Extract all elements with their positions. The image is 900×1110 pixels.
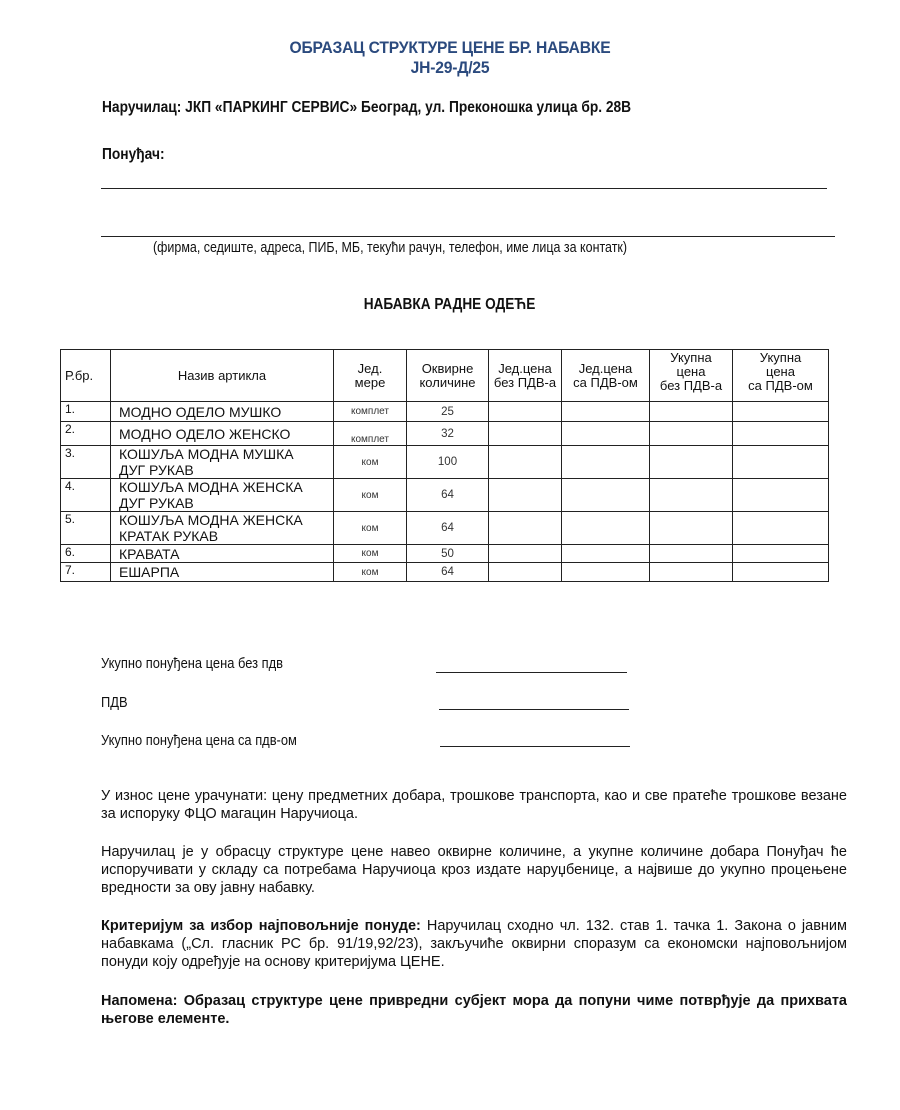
paragraph-price-includes: У износ цене урачунати: цену предметних …: [101, 787, 847, 823]
total-net-cell[interactable]: [650, 479, 733, 512]
header-total-net: Укупна цена без ПДВ-а: [650, 350, 733, 402]
paragraph-award-criterion: Критеријум за избор најповољније понуде:…: [101, 917, 847, 971]
item-name: КОШУЉА МОДНА ЖЕНСКАКРАТАК РУКАВ: [111, 512, 334, 545]
item-quantity: 32: [407, 422, 489, 446]
header-no: Р.бр.: [61, 350, 111, 402]
summary-vat-label: ПДВ: [101, 694, 132, 711]
table-row: 2.МОДНО ОДЕЛО ЖЕНСКОкомплет32: [61, 422, 829, 446]
item-quantity: 50: [407, 545, 489, 563]
total-net-cell[interactable]: [650, 446, 733, 479]
row-number: 6.: [61, 545, 111, 563]
bidder-line-1[interactable]: [101, 188, 827, 189]
unit-price-net-cell[interactable]: [489, 512, 562, 545]
summary-total-net-label: Укупно понуђена цена без пдв: [101, 655, 313, 672]
unit-price-gross-cell[interactable]: [562, 446, 650, 479]
table-header-row: Р.бр. Назив артикла Јед. мере Оквирне ко…: [61, 350, 829, 402]
item-name: КОШУЉА МОДНА МУШКАДУГ РУКАВ: [111, 446, 334, 479]
unit-price-gross-cell[interactable]: [562, 512, 650, 545]
award-criterion-heading: Критеријум за избор најповољније понуде:: [101, 918, 421, 934]
row-number: 3.: [61, 446, 111, 479]
item-quantity: 64: [407, 479, 489, 512]
header-total-gross: Укупна цена са ПДВ-ом: [733, 350, 829, 402]
row-number: 1.: [61, 402, 111, 422]
row-number: 7.: [61, 563, 111, 582]
client-info: Наручилац: ЈКП «ПАРКИНГ СЕРВИС» Београд,…: [102, 99, 717, 117]
total-net-cell[interactable]: [650, 422, 733, 446]
total-net-cell[interactable]: [650, 402, 733, 422]
table-row: 3.КОШУЉА МОДНА МУШКАДУГ РУКАВком100: [61, 446, 829, 479]
total-gross-cell[interactable]: [733, 446, 829, 479]
document-title: ОБРАЗАЦ СТРУКТУРЕ ЦЕНЕ БР. НАБАВКЕ ЈН-29…: [36, 38, 864, 78]
row-number: 5.: [61, 512, 111, 545]
total-net-cell[interactable]: [650, 512, 733, 545]
unit-price-net-cell[interactable]: [489, 422, 562, 446]
header-name: Назив артикла: [111, 350, 334, 402]
total-gross-cell[interactable]: [733, 563, 829, 582]
row-number: 2.: [61, 422, 111, 446]
item-quantity: 25: [407, 402, 489, 422]
header-unit: Јед. мере: [334, 350, 407, 402]
unit-price-net-cell[interactable]: [489, 446, 562, 479]
total-net-cell[interactable]: [650, 545, 733, 563]
summary-total-net-field[interactable]: [436, 672, 627, 673]
header-unit-price-gross: Јед.цена са ПДВ-ом: [562, 350, 650, 402]
item-name: ЕШАРПА: [111, 563, 334, 582]
header-unit-price-net: Јед.цена без ПДВ-а: [489, 350, 562, 402]
paragraph-framework-quantities: Наручилац је у обрасцу структуре цене на…: [101, 843, 847, 897]
paragraph-note: Напомена: Образац структуре цене привред…: [101, 992, 847, 1028]
unit-price-net-cell[interactable]: [489, 479, 562, 512]
bidder-label: Понуђач:: [102, 146, 175, 164]
table-row: 7.ЕШАРПАком64: [61, 563, 829, 582]
table-row: 1.МОДНО ОДЕЛО МУШКОкомплет25: [61, 402, 829, 422]
item-name: МОДНО ОДЕЛО МУШКО: [111, 402, 334, 422]
header-qty: Оквирне количине: [407, 350, 489, 402]
table-row: 6.КРАВАТАком50: [61, 545, 829, 563]
unit-price-gross-cell[interactable]: [562, 563, 650, 582]
item-unit: ком: [334, 545, 407, 563]
section-title: НАБАВКА РАДНЕ ОДЕЋЕ: [0, 296, 900, 314]
unit-price-gross-cell[interactable]: [562, 422, 650, 446]
item-name: КРАВАТА: [111, 545, 334, 563]
summary-vat-field[interactable]: [439, 709, 629, 710]
unit-price-gross-cell[interactable]: [562, 545, 650, 563]
item-unit: комплет: [334, 402, 407, 422]
bidder-hint: (фирма, седиште, адреса, ПИБ, МБ, текући…: [153, 240, 704, 256]
summary-total-gross-field[interactable]: [440, 746, 630, 747]
unit-price-gross-cell[interactable]: [562, 479, 650, 512]
total-gross-cell[interactable]: [733, 422, 829, 446]
title-line-1: ОБРАЗАЦ СТРУКТУРЕ ЦЕНЕ БР. НАБАВКЕ: [36, 38, 864, 58]
table-row: 4.КОШУЉА МОДНА ЖЕНСКАДУГ РУКАВком64: [61, 479, 829, 512]
item-name: МОДНО ОДЕЛО ЖЕНСКО: [111, 422, 334, 446]
bidder-line-2[interactable]: [101, 236, 835, 237]
table-row: 5.КОШУЉА МОДНА ЖЕНСКАКРАТАК РУКАВком64: [61, 512, 829, 545]
total-gross-cell[interactable]: [733, 545, 829, 563]
item-quantity: 64: [407, 512, 489, 545]
unit-price-net-cell[interactable]: [489, 545, 562, 563]
item-unit: ком: [334, 563, 407, 582]
title-line-2: ЈН-29-Д/25: [36, 58, 864, 78]
item-unit: комплет: [334, 422, 407, 446]
unit-price-gross-cell[interactable]: [562, 402, 650, 422]
total-gross-cell[interactable]: [733, 402, 829, 422]
price-structure-table: Р.бр. Назив артикла Јед. мере Оквирне ко…: [60, 349, 829, 582]
total-gross-cell[interactable]: [733, 479, 829, 512]
item-unit: ком: [334, 512, 407, 545]
row-number: 4.: [61, 479, 111, 512]
item-quantity: 64: [407, 563, 489, 582]
item-name: КОШУЉА МОДНА ЖЕНСКАДУГ РУКАВ: [111, 479, 334, 512]
unit-price-net-cell[interactable]: [489, 402, 562, 422]
total-gross-cell[interactable]: [733, 512, 829, 545]
item-unit: ком: [334, 446, 407, 479]
item-quantity: 100: [407, 446, 489, 479]
total-net-cell[interactable]: [650, 563, 733, 582]
unit-price-net-cell[interactable]: [489, 563, 562, 582]
item-unit: ком: [334, 479, 407, 512]
summary-total-gross-label: Укупно понуђена цена са пдв-ом: [101, 732, 329, 749]
